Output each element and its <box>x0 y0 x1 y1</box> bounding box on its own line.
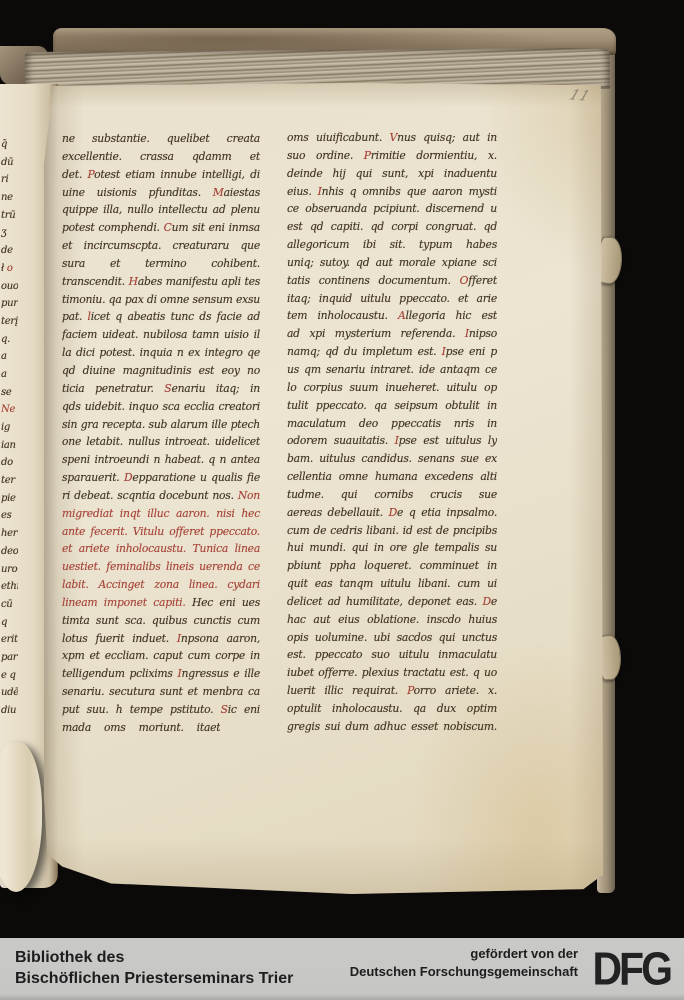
ink-text: mada oms moriunt. itaet inxpo <box>62 721 220 737</box>
ink-text: pbiunt ppha loqueret. comminuet in <box>287 559 497 572</box>
ink-text: uro <box>1 564 17 575</box>
manuscript-line: gregis sui dum adhuc esset nobiscum. <box>287 718 497 736</box>
manuscript-line: diu <box>1 702 18 720</box>
ink-text: a in <box>1 351 10 366</box>
ink-text: q. <box>1 334 10 345</box>
manuscript-line: ʒ <box>1 224 18 242</box>
ink-text: rimitie dormientiu, x. <box>371 149 497 162</box>
manuscript-line: labit. Accinget zona linea. cydari <box>62 576 260 594</box>
manuscript-line: ticia penetratur. Senariu itaq; in <box>62 380 260 398</box>
rubric-text: et ariete inholocaustu. Tunica linea <box>62 542 260 555</box>
ink-text: delicet ad humilitate, deponet eas. <box>287 595 482 608</box>
funding-credit-line1: gefördert von der <box>350 945 578 963</box>
manuscript-line: ad xpi mysterium referenda. Inipso <box>287 325 497 343</box>
ink-text: luerit illic requirat. <box>287 684 407 697</box>
ink-text: terį <box>1 316 18 327</box>
ink-text: lotus fuerit induet. <box>62 632 177 645</box>
ink-text: gregis sui dum adhuc esset nobiscum. <box>287 720 497 733</box>
manuscript-line: tem inholocaustu. Allegoria hic est <box>287 307 497 325</box>
manuscript-line: timta sunt sca. quibus cunctis cum <box>62 612 260 630</box>
ink-text: ne substantie. quelibet creata cuicumq; <box>62 132 260 148</box>
ink-text: pur <box>1 298 18 309</box>
ink-text: la dici potest. inquia n ex integro qe <box>62 346 260 359</box>
manuscript-line: q. <box>1 331 18 349</box>
ink-text: nus quisq; aut in <box>397 131 497 144</box>
ink-text: heru <box>1 528 18 539</box>
manuscript-line: hac aut eius oblatione. inscdo huius <box>287 611 497 629</box>
manuscript-line: et ariete inholocaustu. Tunica linea <box>62 540 260 558</box>
rubric-text: migrediat inqt illuc aaron. nisi hec <box>62 507 260 520</box>
manuscript-line: de <box>1 242 18 260</box>
manuscript-line: deinde hij qui sunt, xpi inaduentu <box>287 165 497 183</box>
ink-text: us qm senariu intraret. ide antaqm ce <box>287 363 497 376</box>
manuscript-line: q po <box>1 614 18 632</box>
ink-text: ri debeat. scqntia docebunt nos. <box>62 489 238 502</box>
manuscript-line: do <box>1 454 18 472</box>
manuscript-line: hui mundi. qui in ore gle tempalis su <box>287 539 497 557</box>
rubric-text: uestiet. feminalibs lineis uerenda ce <box>62 560 260 573</box>
ink-text: ne <box>1 192 13 203</box>
manuscript-line: q̄ <box>1 136 18 154</box>
manuscript-line: lineam imponet capiti. Hec eni ues <box>62 594 260 612</box>
rubric-text: S <box>221 703 228 716</box>
left-margin-fragments: q̄dūrinetrūʒdeł oouopurterįq.a ina diseN… <box>1 136 18 720</box>
ink-text: faciem uideat. nubilosa tamn uisio il <box>62 328 260 341</box>
ink-text: nipso <box>469 327 497 340</box>
manuscript-line: faciem uideat. nubilosa tamn uisio il <box>62 326 260 344</box>
ink-text: es in <box>1 510 11 525</box>
manuscript-line: allegoricum ibi sit. typum habes <box>287 236 497 254</box>
manuscript-line: bam. uitulus candidus. senans sue ex <box>287 450 497 468</box>
manuscript-line: ethra <box>1 578 18 596</box>
manuscript-line: par <box>1 649 18 667</box>
ink-text: epparatione u qualis fie <box>132 471 260 484</box>
funding-credit-line2: Deutschen Forschungsgemeinschaft <box>350 963 578 981</box>
ink-text: e q <box>1 670 16 681</box>
rubric-text: D <box>482 595 490 608</box>
ink-text: uine uisionis pfunditas. <box>62 186 213 199</box>
manuscript-line: es in <box>1 507 18 525</box>
manuscript-line: uro <box>1 561 18 579</box>
ink-text: potest comphendi. <box>62 221 164 234</box>
manuscript-line: pat. licet q abeatis tunc ds facie ad <box>62 308 260 326</box>
manuscript-line: optulit inholocaustu. qa dux optim <box>287 700 497 718</box>
parchment-tab-upper <box>597 236 623 284</box>
ink-text: se <box>1 387 11 398</box>
manuscript-line: ter <box>1 472 18 490</box>
ink-text: udē <box>1 687 18 698</box>
ink-text: llegoria hic est <box>406 309 497 322</box>
ink-text: q po <box>1 617 13 632</box>
ink-text: ic eni <box>228 703 260 716</box>
manuscript-line: ri debeat. scqntia docebunt nos. Non <box>62 487 260 505</box>
manuscript-line: quit eas tanqm uitulu libani. cum ui <box>287 575 497 593</box>
ink-text: ticia penetratur. <box>62 382 164 395</box>
ink-text: maculatum deo ppeccatis nris in <box>287 417 497 430</box>
ink-text: uniq; sutoy. qd aut morale xpiane sci <box>287 256 497 269</box>
rubric-text: lineam imponet capiti. <box>62 596 192 609</box>
ink-text: et incircumscpta. creaturaru que men <box>62 239 260 255</box>
rubric-text: Non <box>238 489 260 502</box>
text-column-left: ne substantie. quelibet creata cuicumq;e… <box>62 130 260 737</box>
manuscript-line: ante fecerit. Vitulu offeret ppeccato. <box>62 523 260 541</box>
ink-text: itaq; inquid uitulu ppeccato. et arie <box>287 292 497 305</box>
ink-text: ad xpi mysterium referenda. <box>287 327 465 340</box>
manuscript-line: migrediat inqt illuc aaron. nisi hec <box>62 505 260 523</box>
manuscript-line: pbiunt ppha loqueret. comminuet in <box>287 557 497 575</box>
manuscript-line: et incircumscpta. creaturaru que men <box>62 237 260 255</box>
manuscript-line: pur <box>1 295 18 313</box>
manuscript-line: erit <box>1 631 18 649</box>
ink-text: enariu itaq; in <box>171 382 260 395</box>
manuscript-line: ce obseruanda pcipiunt. discernend u <box>287 200 497 218</box>
library-name: Bibliothek des Bischöflichen Priestersem… <box>15 947 293 989</box>
manuscript-line: namq; qd du impletum est. Ipse eni p <box>287 343 497 361</box>
ink-text: Hec eni ues <box>192 596 260 609</box>
ink-text: ce obseruanda pcipiunt. discernend u <box>287 202 497 215</box>
ink-text: pse eni p <box>446 345 497 358</box>
manuscript-line: timoniu. qa pax di omne sensum exsu <box>62 291 260 309</box>
ink-text: tulit ppeccato. qa seipsum obtulit in <box>287 399 497 412</box>
manuscript-line: qds uidebit. inquo sca ecclia creatori <box>62 398 260 416</box>
ink-text: optulit inholocaustu. qa dux optim <box>287 702 497 715</box>
ink-text: tem inholocaustu. <box>287 309 398 322</box>
manuscript-line: deo <box>1 543 18 561</box>
manuscript-line: put suu. h tempe pstituto. Sic eni <box>62 701 260 719</box>
manuscript-line: ig <box>1 419 18 437</box>
ink-text: e q etia inpsalmo. <box>397 506 497 519</box>
ink-text: est qd capiti. qd corpi congruat. qd <box>287 220 497 233</box>
manuscript-line: oms uiuificabunt. Vnus quisq; aut in <box>287 129 497 147</box>
manuscript-line: one letabit. nullus introeat. uidelicet <box>62 433 260 451</box>
manuscript-line: transcendit. Habes manifestu apli tes <box>62 273 260 291</box>
manuscript-line: ł o <box>1 260 18 278</box>
manuscript-line: ouo <box>1 278 18 296</box>
ink-text: a di <box>1 369 10 384</box>
manuscript-line: iubet offerre. plexius tractatu est. q u… <box>287 664 497 682</box>
manuscript-line: telligendum pclixims Ingressus e ille <box>62 665 260 683</box>
manuscript-line: itaq; inquid uitulu ppeccato. et arie <box>287 290 497 308</box>
ink-text: telligendum pclixims <box>62 667 178 680</box>
ink-text: sin gra recepta. sub alarum ille ptech <box>62 418 260 431</box>
manuscript-line: heru <box>1 525 18 543</box>
manuscript-line: senariu. secutura sunt et menbra ca <box>62 683 260 701</box>
ink-text: senariu. secutura sunt et menbra ca <box>62 685 260 698</box>
ink-text: aereas debellauit. <box>287 506 389 519</box>
manuscript-line: lotus fuerit induet. Inpsona aaron, <box>62 630 260 648</box>
rubric-text: P <box>407 684 414 697</box>
manuscript-line: uniq; sutoy. qd aut morale xpiane sci <box>287 254 497 272</box>
footer-bar: Bibliothek des Bischöflichen Priestersem… <box>0 938 684 1000</box>
ink-text: trū <box>1 210 15 221</box>
manuscript-line: quippe illa, nullo intellectu ad plenu <box>62 201 260 219</box>
ink-text: tatis continens documentum. <box>287 274 460 287</box>
manuscript-line: maculatum deo ppeccatis nris in <box>287 415 497 433</box>
ink-text: abes manifestu apli tes <box>138 275 260 288</box>
ink-text: cū <box>1 599 12 610</box>
manuscript-line: pie <box>1 490 18 508</box>
ink-text: bam. uitulus candidus. senans sue ex <box>287 452 497 465</box>
manuscript-scan-viewport: 11 q̄dūrinetrūʒdeł oouopurterįq.a ina di… <box>0 0 684 1000</box>
funding-credit: gefördert von der Deutschen Forschungsge… <box>350 945 578 981</box>
rubric-text: V <box>390 131 398 144</box>
ink-text: do <box>1 457 13 468</box>
manuscript-line: aereas debellauit. De q etia inpsalmo. <box>287 504 497 522</box>
manuscript-line: trū <box>1 207 18 225</box>
rubric-text: P <box>364 149 371 162</box>
manuscript-line: uine uisionis pfunditas. Maiestas <box>62 184 260 202</box>
manuscript-line: uestiet. feminalibs lineis uerenda ce <box>62 558 260 576</box>
manuscript-line: la dici potest. inquia n ex integro qe <box>62 344 260 362</box>
ink-text: det. <box>62 168 88 181</box>
manuscript-line: tudme. qui cornibs crucis sue potestates <box>287 486 497 504</box>
rubric-text: Ne <box>1 404 15 415</box>
manuscript-line: Ne <box>1 401 18 419</box>
text-column-right: oms uiuificabunt. Vnus quisq; aut insuo … <box>287 129 497 736</box>
ink-text: xpm et eccliam. caput cum corpe in <box>62 649 260 662</box>
manuscript-line: excellentie. crassa qdamm et nubilosa ui <box>62 148 260 166</box>
ink-text: hac aut eius oblatione. inscdo huius <box>287 613 497 626</box>
manuscript-line: luerit illic requirat. Porro ariete. x. <box>287 682 497 700</box>
manuscript-line: opis uolumine. ubi sacdos qui unctus <box>287 629 497 647</box>
ink-text: put suu. h tempe pstituto. <box>62 703 221 716</box>
ink-text: cellentia omne humana excedens alti <box>287 470 497 483</box>
ink-text: sura et termino cohibent. capacitatem <box>62 257 260 273</box>
manuscript-line: cellentia omne humana excedens alti <box>287 468 497 486</box>
rubric-text: ante fecerit. Vitulu offeret ppeccato. <box>62 525 260 538</box>
ink-text: ri <box>1 174 8 185</box>
rubric-text: o <box>7 263 13 274</box>
ink-text: e <box>491 595 497 608</box>
manuscript-line: eius. Inhis q omnibs que aaron mysti <box>287 183 497 201</box>
manuscript-line: terį <box>1 313 18 331</box>
ink-text: de <box>1 245 13 256</box>
library-name-line2: Bischöflichen Priesterseminars Trier <box>15 968 293 989</box>
ink-text: ʒ <box>1 227 6 238</box>
ink-text: deinde hij qui sunt, xpi inaduentu <box>287 167 497 180</box>
ink-text: otest etiam innube intelligi, di <box>94 168 260 181</box>
ink-text: quit eas tanqm uitulu libani. cum ui <box>287 577 497 590</box>
manuscript-line: se <box>1 384 18 402</box>
ink-text: namq; qd du impletum est. <box>287 345 442 358</box>
ink-text: ouo <box>1 281 18 292</box>
manuscript-line: udē <box>1 684 18 702</box>
ink-text: qds uidebit. inquo sca ecclia creatori <box>62 400 260 413</box>
ink-text: ig <box>1 422 10 433</box>
ink-text: est. ppeccato suo uitulu inmaculatu <box>287 648 497 661</box>
manuscript-line: sin gra recepta. sub alarum ille ptech <box>62 416 260 434</box>
manuscript-line: ri <box>1 171 18 189</box>
manuscript-line: ne substantie. quelibet creata cuicumq; <box>62 130 260 148</box>
ink-text: nhis q omnibs que aaron mysti <box>322 185 497 198</box>
manuscript-line: delicet ad humilitate, deponet eas. De <box>287 593 497 611</box>
ink-text: dū <box>1 157 13 168</box>
manuscript-line: ne <box>1 189 18 207</box>
ink-text: cum de cedris libani. id est de pncipibs <box>287 524 497 537</box>
ink-text: timoniu. qa pax di omne sensum exsu <box>62 293 260 306</box>
rubric-text: H <box>129 275 138 288</box>
ink-text: deo <box>1 546 18 557</box>
rubric-text: O <box>460 274 469 287</box>
ink-text: transcendit. <box>62 275 129 288</box>
ink-text: eius. <box>287 185 318 198</box>
manuscript-line: a di <box>1 366 18 384</box>
ink-text: qd diuine magnitudinis est eoy no <box>62 364 260 377</box>
manuscript-line: a in <box>1 348 18 366</box>
ink-text: icet q abeatis tunc ds facie ad <box>91 310 260 323</box>
ink-text: fferet <box>468 274 497 287</box>
ink-text: pse est uitulus ly <box>399 434 497 447</box>
manuscript-line: cum de cedris libani. id est de pncipibs <box>287 522 497 540</box>
ink-text: oms uiuificabunt. <box>287 131 390 144</box>
manuscript-line: tulit ppeccato. qa seipsum obtulit in <box>287 397 497 415</box>
manuscript-line: odorem suauitatis. Ipse est uitulus ly <box>287 432 497 450</box>
ink-text: pie <box>1 493 16 504</box>
library-name-line1: Bibliothek des <box>15 947 293 968</box>
rubric-text: A <box>398 309 406 322</box>
ink-text: diu <box>1 705 16 716</box>
manuscript-line: ian <box>1 437 18 455</box>
ink-text: ian <box>1 440 16 451</box>
manuscript-line: us qm senariu intraret. ide antaqm ce <box>287 361 497 379</box>
ink-text: odorem suauitatis. <box>287 434 395 447</box>
manuscript-line: dū <box>1 154 18 172</box>
rubric-text: C <box>164 221 172 234</box>
ink-text: allegoricum ibi sit. typum habes <box>287 238 497 251</box>
manuscript-line: est qd capiti. qd corpi congruat. qd <box>287 218 497 236</box>
rubric-text: M <box>213 186 224 199</box>
ink-text: quippe illa, nullo intellectu ad plenu <box>62 203 260 216</box>
ink-text: one letabit. nullus introeat. uidelicet <box>62 435 260 448</box>
ink-text: npsona aaron, <box>181 632 260 645</box>
manuscript-line: e q <box>1 667 18 685</box>
ink-text: erit <box>1 634 18 645</box>
ink-text: sparauerit. <box>62 471 124 484</box>
ink-text: ngressus e ille <box>182 667 260 680</box>
manuscript-line: potest comphendi. Cum sit eni inmsa <box>62 219 260 237</box>
ink-text: tudme. qui cornibs crucis sue potestates <box>287 488 497 504</box>
ink-text: q̄ <box>1 139 7 150</box>
manuscript-line: qd diuine magnitudinis est eoy no <box>62 362 260 380</box>
ink-text: speni introeundi n habeat. q n antea se <box>62 453 260 469</box>
manuscript-line: cū <box>1 596 18 614</box>
ink-text: pat. <box>62 310 88 323</box>
ink-text: ethra <box>1 581 18 592</box>
ink-text: par <box>1 652 17 663</box>
manuscript-line: lo corpius suum inueheret. uitulu op <box>287 379 497 397</box>
ink-text: timta sunt sca. quibus cunctis cum <box>62 614 260 627</box>
ink-text: ter <box>1 475 15 486</box>
rubric-text: labit. Accinget zona linea. cydari <box>62 578 260 591</box>
ink-text: hui mundi. qui in ore gle tempalis su <box>287 541 497 554</box>
dfg-logo: DFG <box>582 941 670 997</box>
ink-text: um sit eni inmsa <box>172 221 260 234</box>
manuscript-line: xpm et eccliam. caput cum corpe in <box>62 647 260 665</box>
manuscript-line: det. Potest etiam innube intelligi, di <box>62 166 260 184</box>
ink-text: lo corpius suum inueheret. uitulu op <box>287 381 497 394</box>
ink-text: opis uolumine. ubi sacdos qui unctus <box>287 631 497 644</box>
manuscript-line: suo ordine. Primitie dormientiu, x. <box>287 147 497 165</box>
ink-text: suo ordine. <box>287 149 364 162</box>
manuscript-line: sparauerit. Depparatione u qualis fie <box>62 469 260 487</box>
ink-text: excellentie. crassa qdamm et nubilosa ui <box>62 150 260 166</box>
manuscript-line: tatis continens documentum. Offeret <box>287 272 497 290</box>
manuscript-line: speni introeundi n habeat. q n antea se <box>62 451 260 469</box>
manuscript-line: sura et termino cohibent. capacitatem <box>62 255 260 273</box>
manuscript-line: est. ppeccato suo uitulu inmaculatu <box>287 646 497 664</box>
ink-text: aiestas <box>224 186 260 199</box>
ink-text: orro ariete. x. <box>414 684 497 697</box>
rubric-text: D <box>389 506 397 519</box>
manuscript-line: mada oms moriunt. itaet inxpo <box>62 719 220 737</box>
ink-text: iubet offerre. plexius tractatu est. q u… <box>287 666 497 679</box>
